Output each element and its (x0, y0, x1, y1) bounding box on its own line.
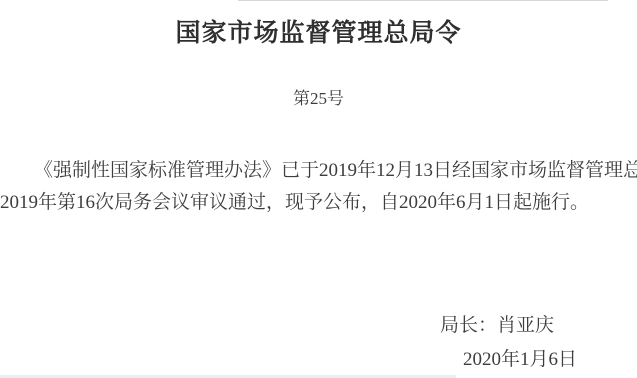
document-body: 《强制性国家标准管理办法》已于2019年12月13日经国家市场监督管理总局 20… (0, 155, 637, 219)
top-border-artifact (238, 0, 608, 1)
body-line-1: 《强制性国家标准管理办法》已于2019年12月13日经国家市场监督管理总局 (0, 155, 637, 187)
body-line-2: 2019年第16次局务会议审议通过，现予公布，自2020年6月1日起施行。 (0, 187, 637, 219)
signature-date: 2020年1月6日 (463, 344, 577, 371)
signature-signer: 局长：肖亚庆 (440, 310, 554, 337)
document-page: 国家市场监督管理总局令 第25号 《强制性国家标准管理办法》已于2019年12月… (0, 0, 637, 378)
document-issue-number: 第25号 (0, 84, 637, 109)
document-title: 国家市场监督管理总局令 (0, 13, 637, 49)
